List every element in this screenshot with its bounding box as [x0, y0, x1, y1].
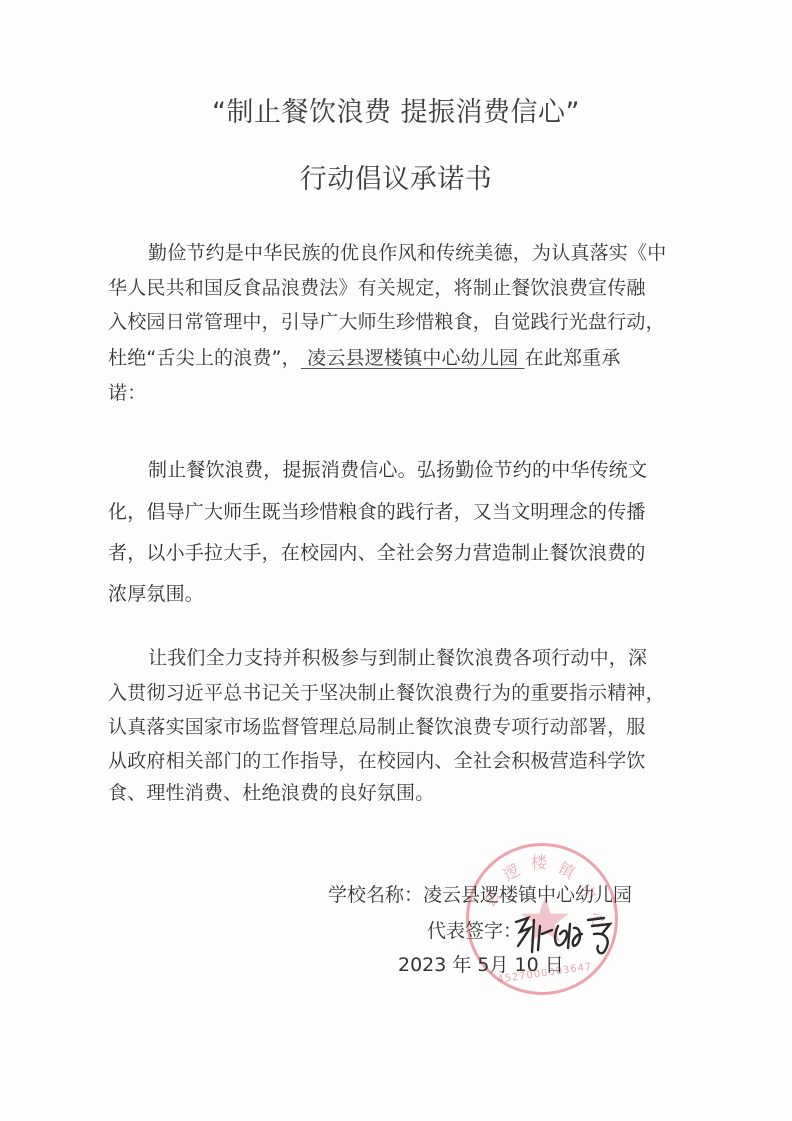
paragraph3-line: 从政府相关部门的工作指导，在校园内、全社会积极营造科学饮 — [108, 746, 678, 773]
paragraph2-line: 制止餐饮浪费，提振消费信心。弘扬勤俭节约的中华传统文 — [148, 455, 718, 482]
paragraph3-line: 让我们全力支持并积极参与到制止餐饮浪费各项行动中，深 — [148, 643, 718, 670]
paragraph2-line: 浓厚氛围。 — [108, 579, 678, 606]
school-name-line: 学校名称：凌云县逻楼镇中心幼儿园 — [328, 880, 632, 907]
document-subtitle: 行动倡议承诺书 — [0, 157, 792, 196]
paragraph1-text: 杜绝“舌尖上的浪费”， — [108, 347, 301, 369]
paragraph2-line: 化，倡导广大师生既当珍惜粮食的践行者，又当文明理念的传播 — [108, 497, 678, 524]
school-label: 学校名称： — [328, 884, 423, 906]
paragraph2-line: 者，以小手拉大手，在校园内、全社会努力营造制止餐饮浪费的 — [108, 538, 678, 565]
signing-date: 2023 年 5月 10 日 — [398, 950, 564, 977]
paragraph1-line: 华人民共和国反食品浪费法》有关规定，将制止餐饮浪费宣传融 — [108, 273, 678, 300]
paragraph1-line: 杜绝“舌尖上的浪费”， 凌云县逻楼镇中心幼儿园 在此郑重承 — [108, 343, 678, 370]
paragraph3-line: 入贯彻习近平总书记关于坚决制止餐饮浪费行为的重要指示精神， — [108, 678, 678, 705]
representative-label: 代表签字： — [427, 916, 522, 943]
paragraph1-line: 诺： — [108, 378, 678, 405]
paragraph1-line: 入校园日常管理中，引导广大师生珍惜粮食，自觉践行光盘行动， — [108, 307, 678, 334]
document-page: “制止餐饮浪费 提振消费信心” 行动倡议承诺书 勤俭节约是中华民族的优良作风和传… — [0, 0, 792, 1121]
paragraph3-line: 食、理性消费、杜绝浪费的良好氛围。 — [108, 778, 678, 805]
document-title: “制止餐饮浪费 提振消费信心” — [0, 90, 792, 129]
school-name: 凌云县逻楼镇中心幼儿园 — [423, 884, 632, 906]
paragraph1-line: 勤俭节约是中华民族的优良作风和传统美德，为认真落实《中 — [148, 238, 718, 265]
seal-arc-text: 楼 — [531, 850, 547, 873]
school-name-fill: 凌云县逻楼镇中心幼儿园 — [301, 347, 525, 369]
paragraph3-line: 认真落实国家市场监督管理总局制止餐饮浪费专项行动部署，服 — [108, 712, 678, 739]
paragraph1-text: 在此郑重承 — [525, 347, 621, 369]
